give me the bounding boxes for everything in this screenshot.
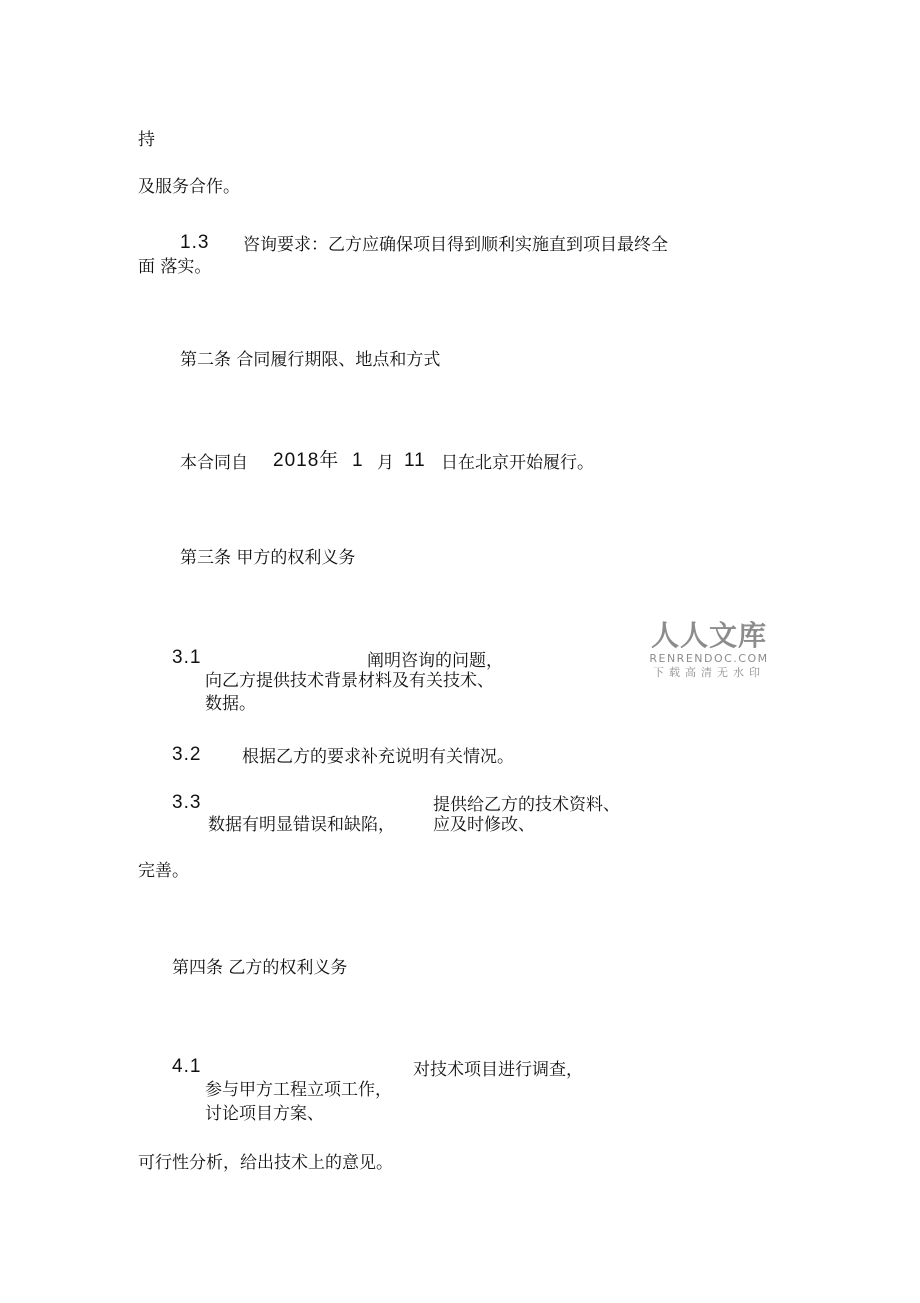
clause-number: 3.3 (172, 793, 201, 813)
clause-text: 向乙方提供技术背景材料及有关技术、 (205, 671, 494, 691)
clause-number: 1.3 (180, 233, 209, 253)
clause-text: 数据。 (205, 694, 256, 714)
clause-text: 讨论项目方案、 (205, 1104, 324, 1124)
contract-day-number: 11 (404, 451, 426, 471)
clause-number: 4.1 (172, 1057, 201, 1077)
watermark-logo: 人人文库 RENRENDOC.COM 下载高清无水印 (644, 620, 774, 680)
contract-month-unit: 月 (377, 453, 394, 473)
article-heading: 第四条 乙方的权利义务 (172, 958, 347, 978)
clause-text: 提供给乙方的技术资料、 (433, 795, 620, 815)
clause-number: 3.2 (172, 745, 201, 765)
document-page: 持 及服务合作。 1.3 咨询要求：乙方应确保项目得到顺利实施直到项目最终全 面… (0, 0, 920, 1303)
article-body-prefix: 本合同自 (180, 453, 248, 473)
clause-text: 阐明咨询的问题， (367, 651, 503, 671)
text-fragment: 及服务合作。 (138, 177, 240, 197)
article-heading: 第二条 合同履行期限、地点和方式 (180, 350, 440, 370)
watermark-domain: RENRENDOC.COM (644, 652, 774, 666)
clause-text: 根据乙方的要求补充说明有关情况。 (242, 747, 514, 767)
clause-text: 应及时修改、 (433, 815, 535, 835)
clause-text: 咨询要求：乙方应确保项目得到顺利实施直到项目最终全 (243, 235, 668, 255)
clause-text-continuation: 面 落实。 (138, 257, 211, 277)
contract-month-number: 1 (352, 451, 364, 471)
text-fragment: 持 (138, 130, 155, 150)
clause-text: 对技术项目进行调查， (413, 1060, 583, 1080)
watermark-title: 人人文库 (644, 620, 774, 652)
clause-text-continuation: 可行性分析，给出技术上的意见。 (138, 1153, 393, 1173)
clause-text: 数据有明显错误和缺陷， (208, 815, 395, 835)
article-body-suffix: 日在北京开始履行。 (441, 453, 594, 473)
clause-text-continuation: 完善。 (138, 861, 189, 881)
clause-number: 3.1 (172, 648, 201, 668)
watermark-slogan: 下载高清无水印 (644, 666, 774, 680)
clause-text: 参与甲方工程立项工作， (205, 1080, 392, 1100)
contract-year: 2018年 (273, 451, 339, 471)
article-heading: 第三条 甲方的权利义务 (180, 548, 355, 568)
